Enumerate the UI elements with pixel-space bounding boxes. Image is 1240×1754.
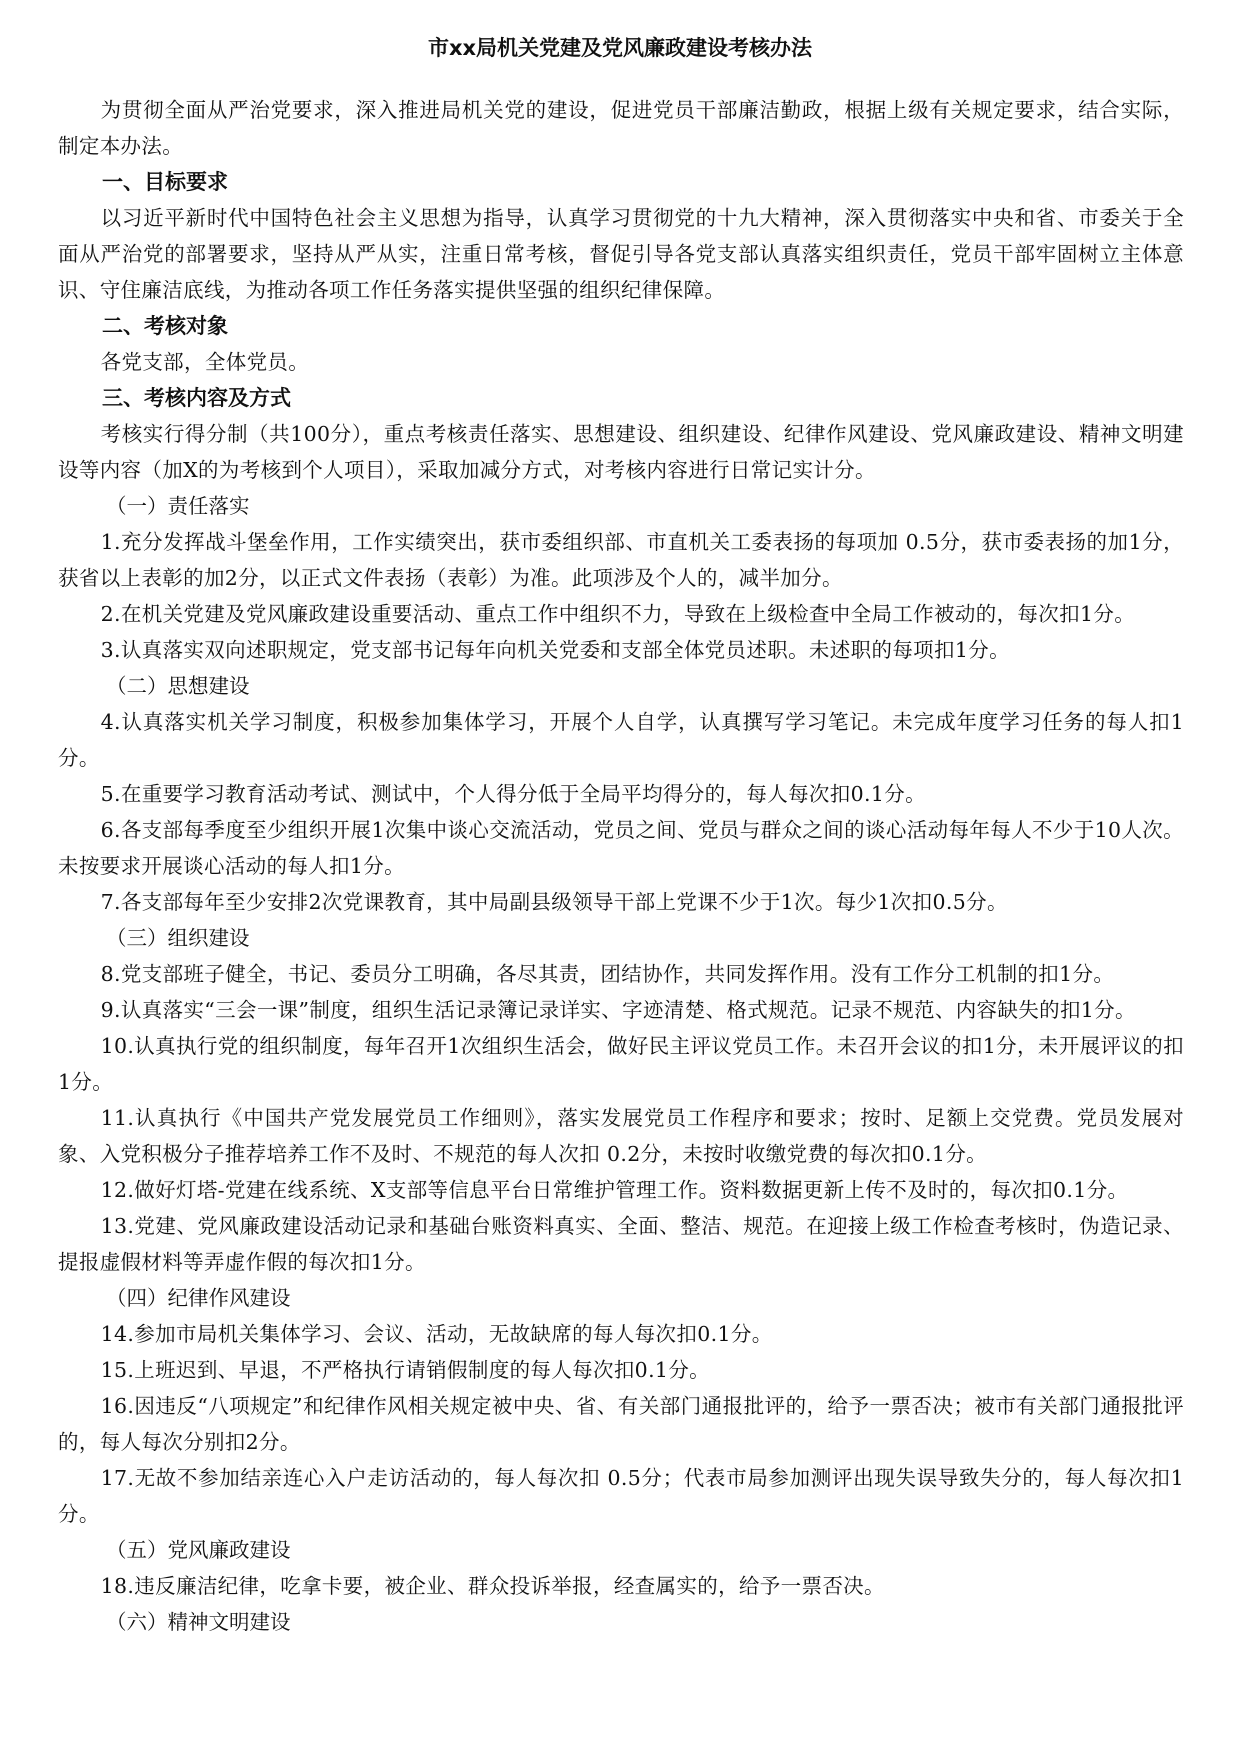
list-item: 11.认真执行《中国共产党发展党员工作细则》，落实发展党员工作程序和要求；按时、… (58, 1100, 1184, 1172)
section-heading-targets: 二、考核对象 (58, 308, 1184, 344)
list-item: 17.无故不参加结亲连心入户走访活动的，每人每次扣 0.5分；代表市局参加测评出… (58, 1460, 1184, 1532)
list-item: 7.各支部每年至少安排2次党课教育，其中局副县级领导干部上党课不少于1次。每少1… (58, 884, 1184, 920)
subsection-heading: （一）责任落实 (58, 488, 1184, 524)
section-paragraph: 各党支部，全体党员。 (58, 344, 1184, 380)
list-item: 5.在重要学习教育活动考试、测试中，个人得分低于全局平均得分的，每人每次扣0.1… (58, 776, 1184, 812)
list-item: 13.党建、党风廉政建设活动记录和基础台账资料真实、全面、整洁、规范。在迎接上级… (58, 1208, 1184, 1280)
section-paragraph: 考核实行得分制（共100分），重点考核责任落实、思想建设、组织建设、纪律作风建设… (58, 416, 1184, 488)
list-item: 14.参加市局机关集体学习、会议、活动，无故缺席的每人每次扣0.1分。 (58, 1316, 1184, 1352)
subsection-heading: （四）纪律作风建设 (58, 1280, 1184, 1316)
list-item: 18.违反廉洁纪律，吃拿卡要，被企业、群众投诉举报，经查属实的，给予一票否决。 (58, 1568, 1184, 1604)
list-item: 1.充分发挥战斗堡垒作用，工作实绩突出，获市委组织部、市直机关工委表扬的每项加 … (58, 524, 1184, 596)
intro-paragraph: 为贯彻全面从严治党要求，深入推进局机关党的建设，促进党员干部廉洁勤政，根据上级有… (58, 92, 1184, 164)
subsection-heading: （二）思想建设 (58, 668, 1184, 704)
subsection-heading: （五）党风廉政建设 (58, 1532, 1184, 1568)
list-item: 8.党支部班子健全，书记、委员分工明确，各尽其责，团结协作，共同发挥作用。没有工… (58, 956, 1184, 992)
list-item: 6.各支部每季度至少组织开展1次集中谈心交流活动，党员之间、党员与群众之间的谈心… (58, 812, 1184, 884)
section-heading-goals: 一、目标要求 (58, 164, 1184, 200)
section-heading-content: 三、考核内容及方式 (58, 380, 1184, 416)
list-item: 10.认真执行党的组织制度，每年召开1次组织生活会，做好民主评议党员工作。未召开… (58, 1028, 1184, 1100)
document-title: 市xx局机关党建及党风廉政建设考核办法 (0, 32, 1240, 62)
subsection-heading: （三）组织建设 (58, 920, 1184, 956)
subsection-heading: （六）精神文明建设 (58, 1604, 1184, 1640)
section-paragraph: 以习近平新时代中国特色社会主义思想为指导，认真学习贯彻党的十九大精神，深入贯彻落… (58, 200, 1184, 308)
list-item: 15.上班迟到、早退，不严格执行请销假制度的每人每次扣0.1分。 (58, 1352, 1184, 1388)
list-item: 4.认真落实机关学习制度，积极参加集体学习，开展个人自学，认真撰写学习笔记。未完… (58, 704, 1184, 776)
list-item: 3.认真落实双向述职规定，党支部书记每年向机关党委和支部全体党员述职。未述职的每… (58, 632, 1184, 668)
list-item: 9.认真落实“三会一课”制度，组织生活记录簿记录详实、字迹清楚、格式规范。记录不… (58, 992, 1184, 1028)
list-item: 12.做好灯塔-党建在线系统、X支部等信息平台日常维护管理工作。资料数据更新上传… (58, 1172, 1184, 1208)
list-item: 2.在机关党建及党风廉政建设重要活动、重点工作中组织不力，导致在上级检查中全局工… (58, 596, 1184, 632)
list-item: 16.因违反“八项规定”和纪律作风相关规定被中央、省、有关部门通报批评的，给予一… (58, 1388, 1184, 1460)
document-body: 为贯彻全面从严治党要求，深入推进局机关党的建设，促进党员干部廉洁勤政，根据上级有… (58, 92, 1184, 1640)
